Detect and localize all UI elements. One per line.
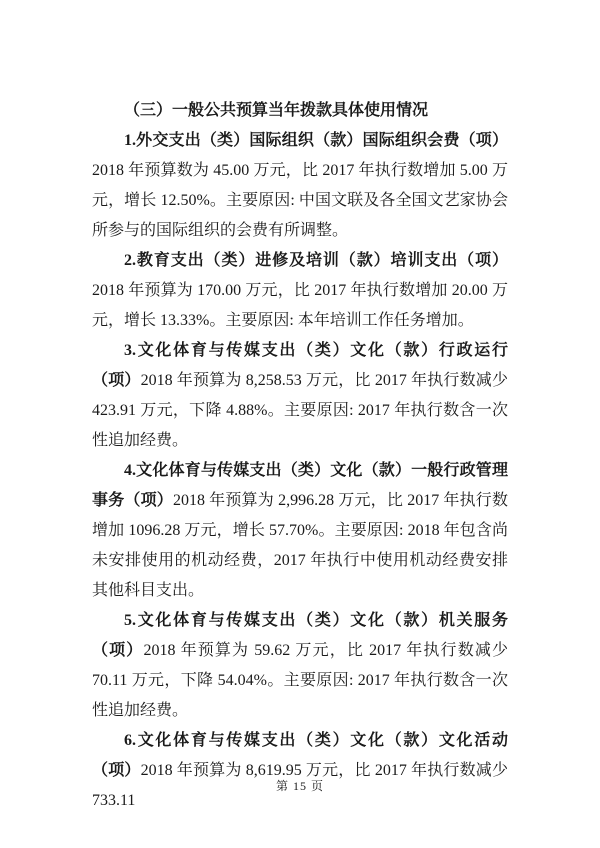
budget-paragraph-1: 1.外交支出（类）国际组织（款）国际组织会费（项）2018 年预算数为 45.0… (92, 126, 508, 246)
page-number: 第 15 页 (0, 777, 600, 794)
document-page: （三）一般公共预算当年拨款具体使用情况 1.外交支出（类）国际组织（款）国际组织… (0, 0, 600, 848)
paragraph-3-body: 2018 年预算为 8,258.53 万元，比 2017 年执行数减少 423.… (92, 372, 508, 449)
paragraph-2-lead: 2.教育支出（类）进修及培训（款）培训支出（项） (124, 252, 508, 269)
document-content: （三）一般公共预算当年拨款具体使用情况 1.外交支出（类）国际组织（款）国际组织… (92, 96, 508, 816)
section-heading: （三）一般公共预算当年拨款具体使用情况 (92, 96, 508, 126)
paragraph-1-body: 2018 年预算数为 45.00 万元，比 2017 年执行数增加 5.00 万… (92, 162, 508, 239)
paragraph-2-body: 2018 年预算为 170.00 万元，比 2017 年执行数增加 20.00 … (92, 282, 508, 329)
budget-paragraph-4: 4.文化体育与传媒支出（类）文化（款）一般行政管理事务（项）2018 年预算为 … (92, 456, 508, 606)
budget-paragraph-2: 2.教育支出（类）进修及培训（款）培训支出（项）2018 年预算为 170.00… (92, 246, 508, 336)
budget-paragraph-3: 3.文化体育与传媒支出（类）文化（款）行政运行（项）2018 年预算为 8,25… (92, 336, 508, 456)
paragraph-5-body: 2018 年预算为 59.62 万元，比 2017 年执行数减少 70.11 万… (92, 642, 508, 719)
budget-paragraph-5: 5.文化体育与传媒支出（类）文化（款）机关服务（项）2018 年预算为 59.6… (92, 606, 508, 726)
paragraph-1-lead: 1.外交支出（类）国际组织（款）国际组织会费（项） (124, 132, 508, 149)
budget-paragraph-6: 6.文化体育与传媒支出（类）文化（款）文化活动（项）2018 年预算为 8,61… (92, 726, 508, 816)
